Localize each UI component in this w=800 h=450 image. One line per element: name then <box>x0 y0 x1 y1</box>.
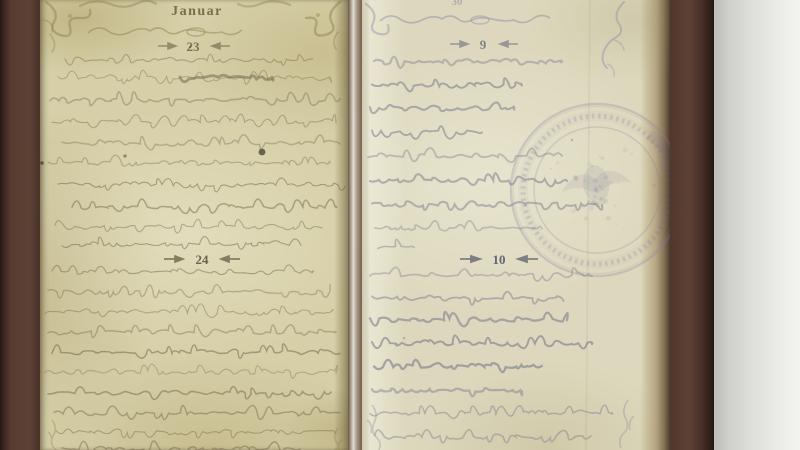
scrollwork-ornament-top-right-page <box>366 2 624 76</box>
svg-text:23: 23 <box>187 39 201 54</box>
marker-arrow-icon <box>518 256 538 262</box>
marker-arrow-icon <box>450 41 468 47</box>
corner-sprig-ornaments-left-page <box>48 420 342 450</box>
month-header: Januar <box>171 4 223 19</box>
marker-arrow-icon <box>460 256 480 262</box>
partial-top-number: 30 <box>452 0 464 8</box>
marker-arrow-icon <box>221 256 240 262</box>
marker-arrow-icon <box>164 256 183 262</box>
day-marker-9: 9 <box>450 37 518 52</box>
vine-divider-left-page <box>88 28 242 35</box>
page-gutter-fold <box>334 0 370 450</box>
marker-arrow-icon <box>212 43 230 49</box>
left-page-artwork: Januar 23 24 <box>40 0 348 450</box>
corner-sprig-ornaments-right-page <box>367 400 634 450</box>
svg-text:10: 10 <box>493 252 506 267</box>
page-crease <box>586 0 590 450</box>
day-marker-10: 10 <box>460 252 538 267</box>
scanner-background <box>712 0 800 450</box>
ink-specks-left <box>40 46 265 165</box>
right-page-artwork: 30 9 <box>362 0 670 450</box>
right-page: 30 9 <box>362 0 670 450</box>
marker-arrow-icon <box>500 41 518 47</box>
diary-photograph: Januar 23 24 <box>0 0 800 450</box>
day-marker-23: 23 <box>158 39 230 54</box>
left-page: Januar 23 24 <box>40 0 348 450</box>
vine-divider-right-page <box>380 16 550 23</box>
svg-text:9: 9 <box>480 37 487 52</box>
day-marker-24: 24 <box>164 252 240 267</box>
svg-text:24: 24 <box>196 252 210 267</box>
marker-arrow-icon <box>158 43 176 49</box>
